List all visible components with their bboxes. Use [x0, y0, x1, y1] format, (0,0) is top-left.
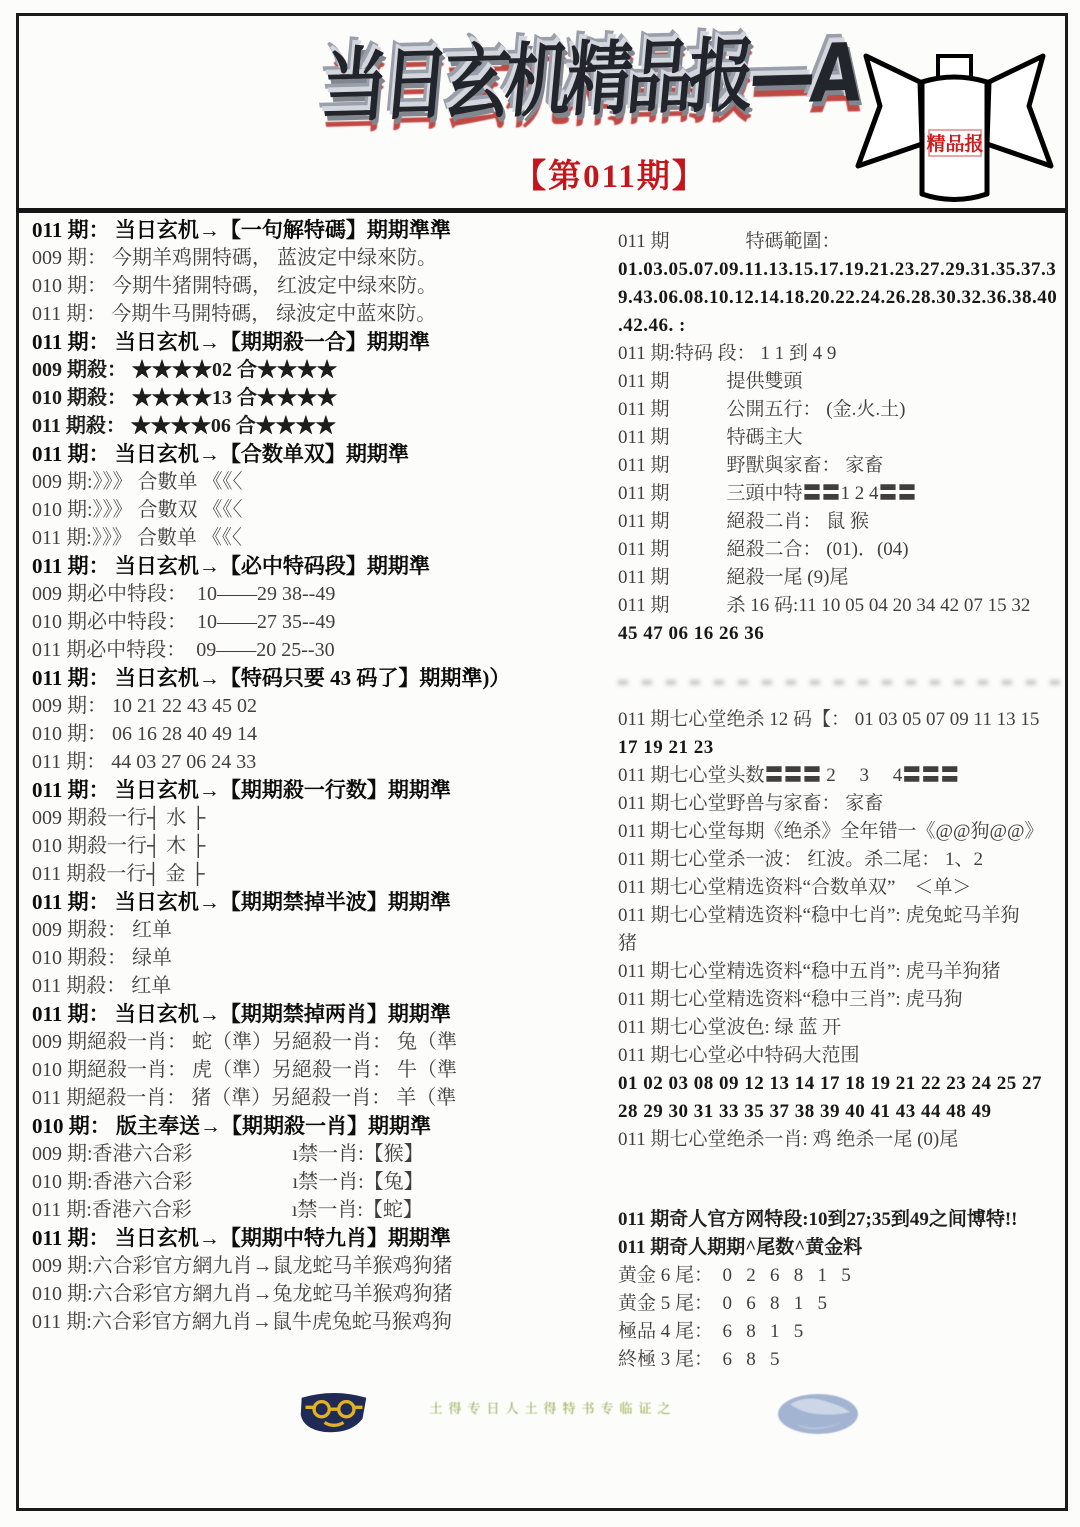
footer-watermark-text: 土得专日人土得特书专临证之	[398, 1398, 708, 1417]
report-line: 011 期： 当日玄机→【期期殺一行数】期期準	[32, 776, 610, 804]
report-line: 011 期七心堂精选资料“稳中七肖”: 虎兔蛇马羊狗	[618, 902, 1070, 930]
masthead-text: 当日玄机精品报—A	[317, 8, 863, 138]
report-line: 009 期殺： ★★★★02 合★★★★	[32, 356, 610, 384]
right-column: 011 期 特碼範圍：01.03.05.07.09.11.13.15.17.19…	[618, 228, 1070, 1374]
report-line: 011 期七心堂必中特码大范围	[618, 1042, 1070, 1070]
report-line: 011 期七心堂头数〓〓〓 2 3 4〓〓〓	[618, 762, 1070, 790]
report-line: 011 期 杀 16 码:11 10 05 04 20 34 42 07 15 …	[618, 592, 1070, 620]
report-line: 黄金 5 尾： 0 6 8 1 5	[618, 1290, 1070, 1318]
report-line: 011 期： 当日玄机→【期期禁掉半波】期期準	[32, 888, 610, 916]
report-line: 011 期奇人期期^尾数^黄金料	[618, 1234, 1070, 1262]
report-line: 011 期： 当日玄机→【特码只要 43 码了】期期準)）	[32, 664, 610, 692]
report-line: 009 期殺： 红单	[32, 916, 610, 944]
report-line: 011 期:六合彩官方網九肖→鼠牛虎兔蛇马猴鸡狗	[32, 1308, 610, 1336]
report-line: 011 期： 当日玄机→【期期禁掉两肖】期期準	[32, 1000, 610, 1028]
report-line: 011 期:》》》 合數单 《《〈	[32, 524, 610, 552]
report-line: 011 期 絕殺二合： (01)．(04)	[618, 536, 1070, 564]
report-line: .42.46. :	[618, 312, 1070, 340]
header-divider	[16, 208, 1065, 213]
globe-logo-icon	[776, 1392, 860, 1436]
report-line: 011 期絕殺一肖： 猪（準）另絕殺一肖： 羊（準	[32, 1084, 610, 1112]
report-line: 011 期七心堂精选资料“稳中三肖”: 虎马狗	[618, 986, 1070, 1014]
report-line: 45 47 06 16 26 36	[618, 620, 1070, 648]
report-line: 011 期七心堂精选资料“合数单双” ＜单＞	[618, 874, 1070, 902]
report-line: 011 期： 44 03 27 06 24 33	[32, 748, 610, 776]
report-line: 010 期:六合彩官方網九肖→兔龙蛇马羊猴鸡狗猪	[32, 1280, 610, 1308]
report-line	[618, 648, 1070, 706]
ribbon-flag-graphic: 精品报	[852, 48, 1057, 208]
report-line: 011 期： 当日玄机→【合数单双】期期準	[32, 440, 610, 468]
report-line	[618, 1154, 1070, 1206]
report-line: 011 期七心堂波色: 绿 蓝 开	[618, 1014, 1070, 1042]
report-line: 011 期： 当日玄机→【一句解特碼】期期準準	[32, 216, 610, 244]
report-line: 010 期殺： 绿单	[32, 944, 610, 972]
report-line: 猪	[618, 930, 1070, 958]
report-line: 011 期殺： 红单	[32, 972, 610, 1000]
report-line: 011 期:香港六合彩 ı禁一肖:【蛇】	[32, 1196, 610, 1224]
globe-logo	[776, 1392, 860, 1436]
report-line: 9.43.06.08.10.12.14.18.20.22.24.26.28.30…	[618, 284, 1070, 312]
scanned-report-page: 当日玄机精品报—A 【第011期】 精品报 011 期： 当日玄机→【一句解特碼…	[0, 0, 1080, 1527]
report-line: 011 期七心堂杀一波： 红波。杀二尾： 1、2	[618, 846, 1070, 874]
report-line: 011 期七心堂精选资料“稳中五肖”: 虎马羊狗猪	[618, 958, 1070, 986]
report-line: 011 期： 当日玄机→【期期殺一合】期期準	[32, 328, 610, 356]
report-line: 011 期七心堂绝杀 12 码【： 01 03 05 07 09 11 13 1…	[618, 706, 1070, 734]
report-line: 009 期:六合彩官方網九肖→鼠龙蛇马羊猴鸡狗猪	[32, 1252, 610, 1280]
report-line: 011 期 絕殺二肖： 鼠 猴	[618, 508, 1070, 536]
report-line: 01 02 03 08 09 12 13 14 17 18 19 21 22 2…	[618, 1070, 1070, 1098]
report-line: 011 期： 当日玄机→【期期中特九肖】期期準	[32, 1224, 610, 1252]
report-line: 011 期 野獸與家畜： 家畜	[618, 452, 1070, 480]
issue-number-title: 【第011期】	[460, 150, 760, 197]
report-line: 011 期:特码 段： 1 1 到 4 9	[618, 340, 1070, 368]
report-line: 011 期七心堂每期《绝杀》全年错一《@@狗@@》	[618, 818, 1070, 846]
report-line: 010 期殺一行┤ 木 ├	[32, 832, 610, 860]
report-line: 010 期:香港六合彩 ı禁一肖:【兔】	[32, 1168, 610, 1196]
report-line: 011 期必中特段： 09——20 25--30	[32, 636, 610, 664]
report-line: 011 期 公開五行： (金.火.土)	[618, 396, 1070, 424]
ribbon-label: 精品报	[926, 132, 983, 155]
report-line: 011 期七心堂绝杀一肖: 鸡 绝杀一尾 (0)尾	[618, 1126, 1070, 1154]
masthead-3d-title: 当日玄机精品报—A	[295, 20, 885, 125]
report-line: 009 期： 10 21 22 43 45 02	[32, 692, 610, 720]
report-line: 011 期 三頭中特〓〓1 2 4〓〓	[618, 480, 1070, 508]
report-line: 011 期： 今期牛马開特碼， 绿波定中蓝來防。	[32, 300, 610, 328]
report-line: 011 期 特碼主大	[618, 424, 1070, 452]
report-line: 終極 3 尾： 6 8 5	[618, 1346, 1070, 1374]
report-line: 009 期絕殺一肖： 蛇（準）另絕殺一肖： 兔（準	[32, 1028, 610, 1056]
report-line: 010 期： 06 16 28 40 49 14	[32, 720, 610, 748]
report-line: 009 期必中特段： 10——29 38--49	[32, 580, 610, 608]
report-line: 010 期： 版主奉送→【期期殺一肖】期期準	[32, 1112, 610, 1140]
report-line: 011 期七心堂野兽与家畜： 家畜	[618, 790, 1070, 818]
report-line: 009 期殺一行┤ 水 ├	[32, 804, 610, 832]
report-line: 011 期 絕殺一尾 (9)尾	[618, 564, 1070, 592]
report-line: 011 期殺： ★★★★06 合★★★★	[32, 412, 610, 440]
report-line: 010 期絕殺一肖： 虎（準）另絕殺一肖： 牛（準	[32, 1056, 610, 1084]
report-line: 010 期： 今期牛猪開特碼， 红波定中绿來防。	[32, 272, 610, 300]
report-line: 009 期:》》》 合數单 《《〈	[32, 468, 610, 496]
report-line: 010 期必中特段： 10——27 35--49	[32, 608, 610, 636]
report-line: 黄金 6 尾： 0 2 6 8 1 5	[618, 1262, 1070, 1290]
report-line: 009 期： 今期羊鸡開特碼， 蓝波定中绿來防。	[32, 244, 610, 272]
ribbon-flag-icon: 精品报	[852, 48, 1057, 208]
report-line: 011 期 提供雙頭	[618, 368, 1070, 396]
report-line: 01.03.05.07.09.11.13.15.17.19.21.23.27.2…	[618, 256, 1070, 284]
report-line: 011 期奇人官方网特段:10到27;35到49之间博特!!	[618, 1206, 1070, 1234]
report-line: 極品 4 尾： 6 8 1 5	[618, 1318, 1070, 1346]
report-line: 17 19 21 23	[618, 734, 1070, 762]
report-line: 28 29 30 31 33 35 37 38 39 40 41 43 44 4…	[618, 1098, 1070, 1126]
publisher-logo	[296, 1388, 372, 1438]
report-line: 009 期:香港六合彩 ı禁一肖:【猴】	[32, 1140, 610, 1168]
report-line: 011 期： 当日玄机→【必中特码段】期期準	[32, 552, 610, 580]
publisher-logo-icon	[296, 1388, 372, 1438]
report-line: 011 期殺一行┤ 金 ├	[32, 860, 610, 888]
left-column: 011 期： 当日玄机→【一句解特碼】期期準準009 期： 今期羊鸡開特碼， 蓝…	[32, 216, 610, 1336]
report-line: 011 期 特碼範圍：	[618, 228, 1070, 256]
report-line: 010 期殺： ★★★★13 合★★★★	[32, 384, 610, 412]
report-line: 010 期:》》》 合數双 《《〈	[32, 496, 610, 524]
